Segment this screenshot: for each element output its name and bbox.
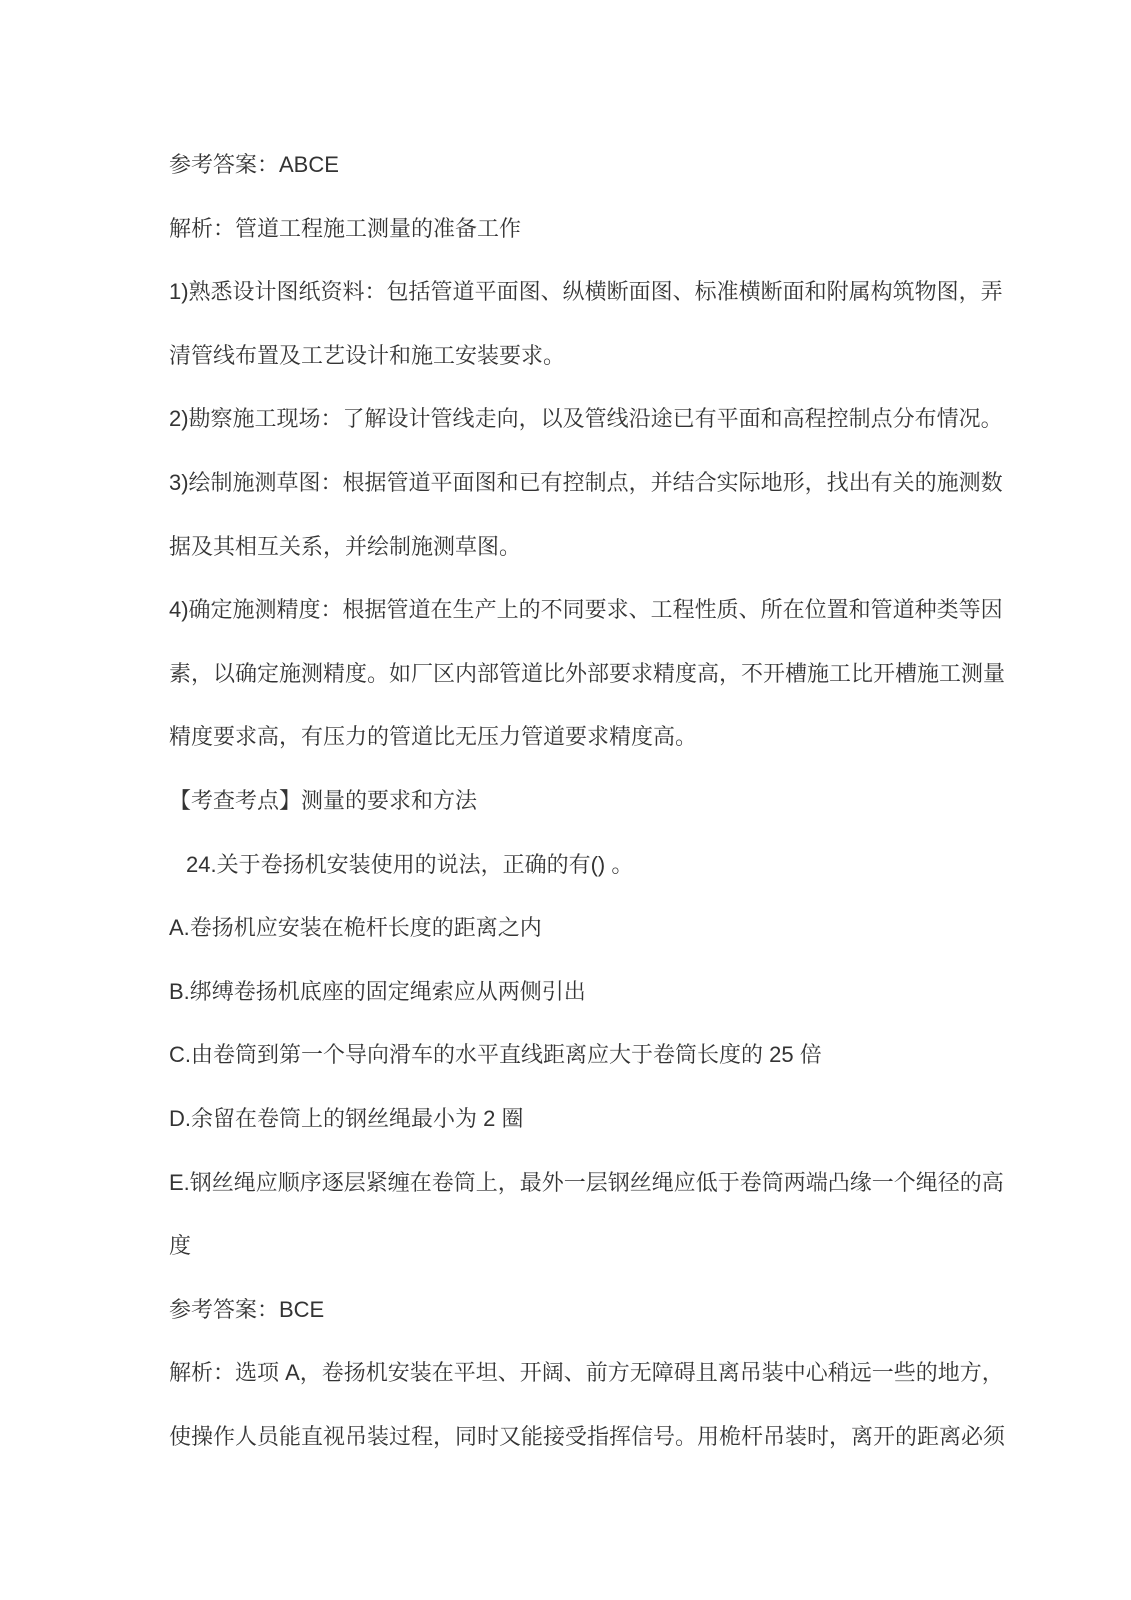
analysis-q24-line2: 使操作人员能直视吊装过程，同时又能接受指挥信号。用桅杆吊装时，离开的距离必须 <box>169 1405 981 1469</box>
exam-point-q23: 【考查考点】测量的要求和方法 <box>169 769 981 833</box>
option-b: B.绑缚卷扬机底座的固定绳索应从两侧引出 <box>169 960 981 1024</box>
document-page: 参考答案：ABCE 解析：管道工程施工测量的准备工作 1)熟悉设计图纸资料：包括… <box>0 0 1131 1600</box>
option-d: D.余留在卷筒上的钢丝绳最小为 2 圈 <box>169 1087 981 1151</box>
analysis-point4-line2: 素，以确定施测精度。如厂区内部管道比外部要求精度高，不开槽施工比开槽施工测量 <box>169 642 981 706</box>
analysis-point4-line1: 4)确定施测精度：根据管道在生产上的不同要求、工程性质、所在位置和管道种类等因 <box>169 578 981 642</box>
option-e-line1: E.钢丝绳应顺序逐层紧缠在卷筒上，最外一层钢丝绳应低于卷筒两端凸缘一个绳径的高 <box>169 1151 981 1215</box>
analysis-point3-line1: 3)绘制施测草图：根据管道平面图和已有控制点，并结合实际地形，找出有关的施测数 <box>169 451 981 515</box>
analysis-point4-line3: 精度要求高，有压力的管道比无压力管道要求精度高。 <box>169 705 981 769</box>
analysis-point3-line2: 据及其相互关系，并绘制施测草图。 <box>169 515 981 579</box>
analysis-point1-line1: 1)熟悉设计图纸资料：包括管道平面图、纵横断面图、标准横断面和附属构筑物图，弄 <box>169 260 981 324</box>
option-a: A.卷扬机应安装在桅杆长度的距离之内 <box>169 896 981 960</box>
analysis-point2: 2)勘察施工现场：了解设计管线走向，以及管线沿途已有平面和高程控制点分布情况。 <box>169 387 981 451</box>
analysis-title-q23: 解析：管道工程施工测量的准备工作 <box>169 197 981 261</box>
question-24-stem: 24.关于卷扬机安装使用的说法，正确的有() 。 <box>169 833 981 897</box>
analysis-q24-line1: 解析：选项 A，卷扬机安装在平坦、开阔、前方无障碍且离吊装中心稍远一些的地方， <box>169 1341 981 1405</box>
answer-line-q23: 参考答案：ABCE <box>169 133 981 197</box>
option-e-line2: 度 <box>169 1214 981 1278</box>
analysis-point1-line2: 清管线布置及工艺设计和施工安装要求。 <box>169 324 981 388</box>
answer-line-q24: 参考答案：BCE <box>169 1278 981 1342</box>
option-c: C.由卷筒到第一个导向滑车的水平直线距离应大于卷筒长度的 25 倍 <box>169 1023 981 1087</box>
